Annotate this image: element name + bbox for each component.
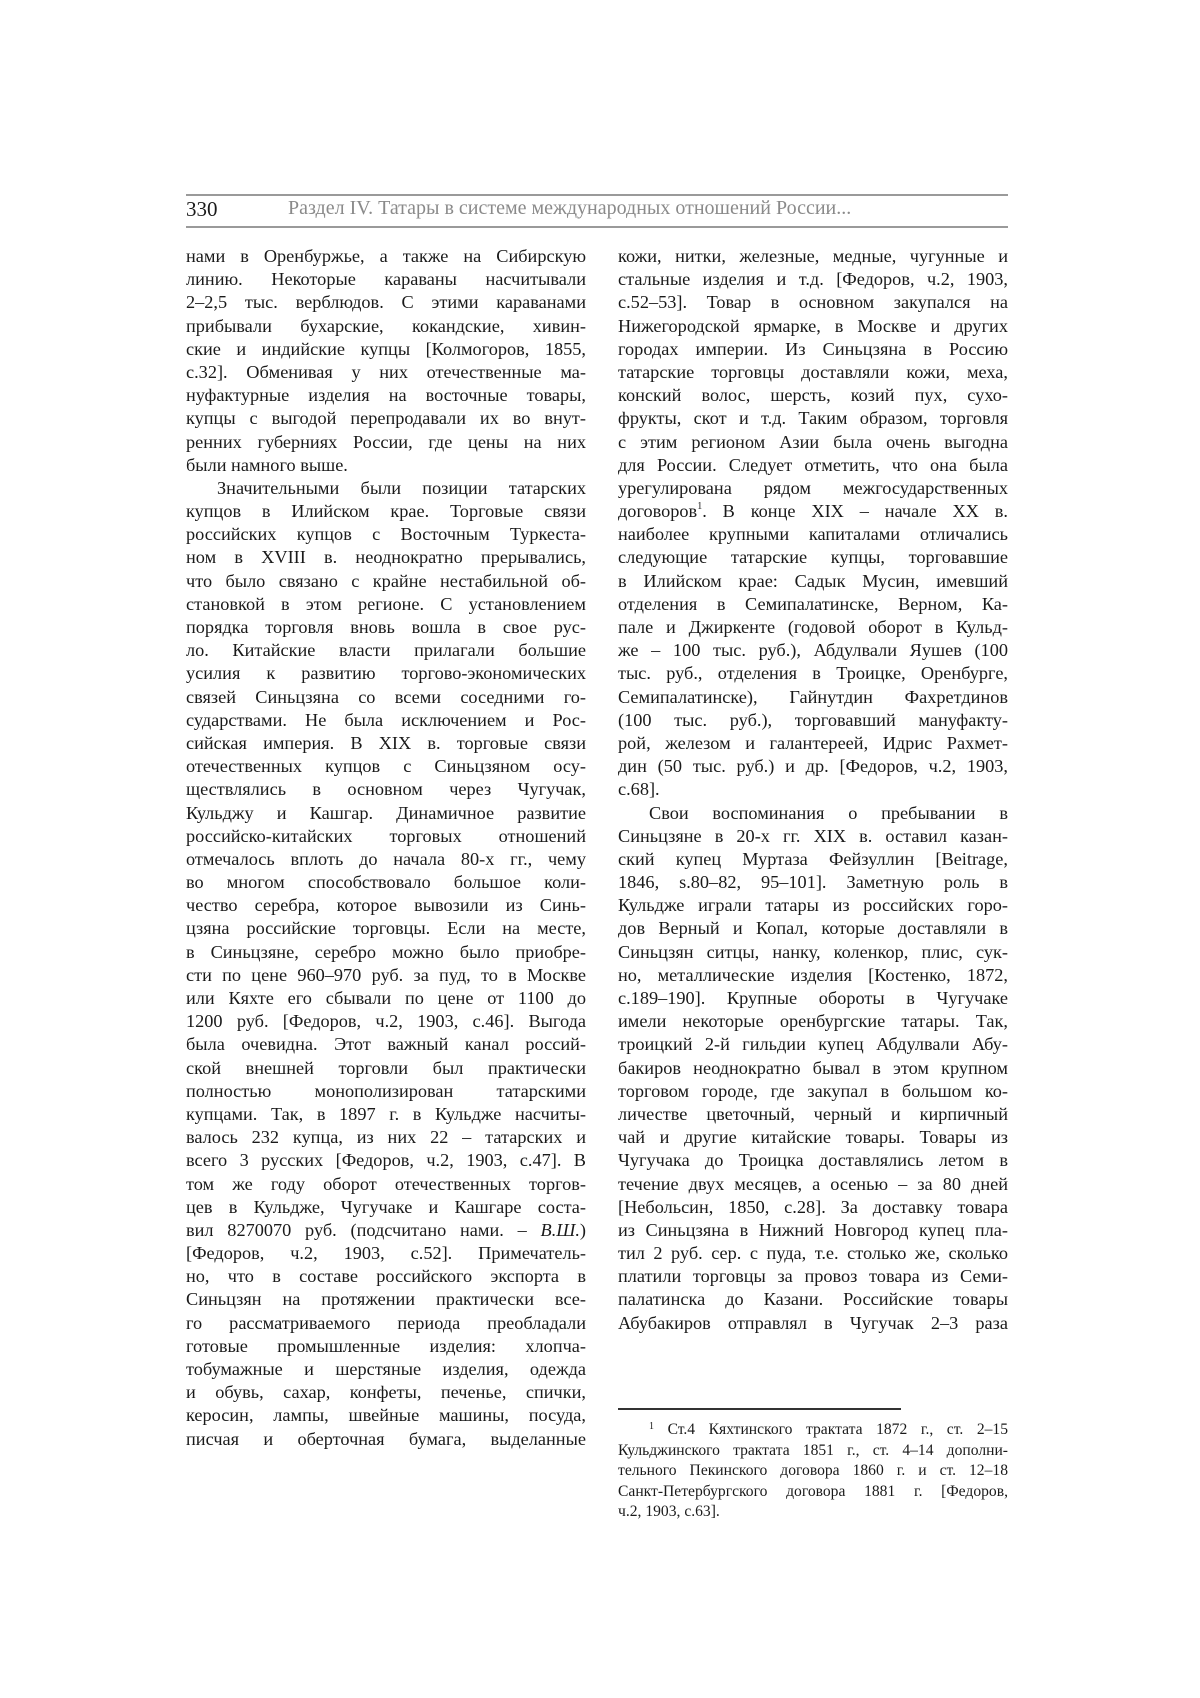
text-line: татарские торговцы доставляли кожи, меха… [618,361,1008,384]
text-line: российских купцов с Восточным Туркеста- [186,523,586,546]
text-line: Синьцзяне в 20-х гг. XIX в. оставил каза… [618,825,1008,848]
text-segment: договоров [618,501,697,521]
book-page: 330 Раздел IV. Татары в системе междунар… [0,0,1200,1698]
text-line: троицкий 2-й гильдии купец Абдулвали Абу… [618,1033,1008,1056]
text-line: наиболее крупными капиталами отличались [618,523,1008,546]
text-line: с этим регионом Азии была очень выгодна [618,431,1008,454]
text-line: Синьцзян ситцы, нанку, коленкор, плис, с… [618,941,1008,964]
text-line: купцов в Илийском крае. Торговые связи [186,500,586,523]
paragraph-start-line: Свои воспоминания о пребывании в [618,802,1008,825]
text-line: том же году оборот отечественных торгов- [186,1173,586,1196]
footnote-divider [618,1408,901,1410]
footnote-line: тельного Пекинского договора 1860 г. и с… [618,1461,1008,1482]
text-line-with-footnote-ref: договоров1. В конце XIX – начале XX в. [618,500,1008,523]
text-line: купцами. Так, в 1897 г. в Кульдже насчит… [186,1103,586,1126]
text-line: личестве цветочный, черный и кирпичный [618,1103,1008,1126]
running-title: Раздел IV. Татары в системе международны… [288,197,851,220]
text-line: цев в Кульдже, Чугучаке и Кашгаре соста- [186,1196,586,1219]
text-line: тил 2 руб. сер. с пуда, т.е. столько же,… [618,1242,1008,1265]
text-line: Кульдже играли татары из российских горо… [618,894,1008,917]
text-line: Абубакиров отправлял в Чугучак 2–3 раза [618,1312,1008,1335]
text-line: во многом способствовало большое коли- [186,871,586,894]
text-line: 1846, s.80–82, 95–101]. Заметную роль в [618,871,1008,894]
text-line: дов Верный и Копал, которые доставляли в [618,917,1008,940]
text-line: купцы с выгодой перепродавали их во внут… [186,407,586,430]
text-line: или Кяхте его сбывали по цене от 1100 до [186,987,586,1010]
text-line: в Синьцзяне, серебро можно было приобре- [186,941,586,964]
text-line: течение двух месяцев, а осенью – за 80 д… [618,1173,1008,1196]
text-line: порядка торговля вновь вошла в свое рус- [186,616,586,639]
text-line: 2–2,5 тыс. верблюдов. С этими караванами [186,291,586,314]
text-segment: вил 8270070 руб. (подсчитано нами. – [186,1220,541,1240]
text-line: [Небольсин, 1850, с.28]. За доставку тов… [618,1196,1008,1219]
paragraph-end-line: были намного выше. [186,454,586,477]
text-line: Нижегородской ярмарке, в Москве и других [618,315,1008,338]
paragraph-end-line: с.68]. [618,778,1008,801]
text-line: палатинска до Казани. Российские товары [618,1288,1008,1311]
text-line: отделения в Семипалатинске, Верном, Ка- [618,593,1008,616]
text-line: бакиров неоднократно бывал в этом крупно… [618,1057,1008,1080]
text-line: ской внешней торговли был практически [186,1057,586,1080]
page-number: 330 [186,197,218,222]
text-line: тобумажные и шерстяные изделия, одежда [186,1358,586,1381]
right-column: кожи, нитки, железные, медные, чугунные … [618,245,1008,1335]
text-line: валось 232 купца, из них 22 – татарских … [186,1126,586,1149]
text-line: что было связано с крайне нестабильной о… [186,570,586,593]
text-line: цзяна российские торговцы. Если на месте… [186,917,586,940]
footnote: 1 Ст.4 Кяхтинского трактата 1872 г., ст.… [618,1420,1008,1523]
text-line: прибывали бухарские, кокандские, хивин- [186,315,586,338]
text-line: ло. Китайские власти прилагали большие [186,639,586,662]
text-line: с.32]. Обменивая у них отечественные ма- [186,361,586,384]
text-line: же – 100 тыс. руб.), Абдулвали Яушев (10… [618,639,1008,662]
text-segment: ) [580,1220,586,1240]
running-header: 330 Раздел IV. Татары в системе междунар… [186,194,1008,228]
text-line: была очевидна. Этот важный канал россий- [186,1033,586,1056]
text-line: имели некоторые оренбургские татары. Так… [618,1010,1008,1033]
text-line: дин (50 тыс. руб.) и др. [Федоров, ч.2, … [618,755,1008,778]
text-line: рой, железом и галантереей, Идрис Рахмет… [618,732,1008,755]
text-line: платили торговцы за провоз товара из Сем… [618,1265,1008,1288]
text-line: го рассматриваемого периода преобладали [186,1312,586,1335]
author-initials: В.Ш. [541,1220,580,1240]
text-line: но, что в составе российского экспорта в [186,1265,586,1288]
text-line: линию. Некоторые караваны насчитывали [186,268,586,291]
text-line: ский купец Муртаза Фейзуллин [Beitrage, [618,848,1008,871]
text-line: Кульджу и Кашгар. Динамичное развитие [186,802,586,825]
text-line: ществлялись в основном через Чугучак, [186,778,586,801]
text-line: керосин, лампы, швейные машины, посуда, [186,1404,586,1427]
text-line: ренних губерниях России, где цены на них [186,431,586,454]
text-line: готовые промышленные изделия: хлопча- [186,1335,586,1358]
left-column: нами в Оренбуржье, а также на Сибирскую … [186,245,586,1451]
text-line: российско-китайских торговых отношений [186,825,586,848]
text-line: тыс. руб., отделения в Троицке, Оренбург… [618,662,1008,685]
text-line: [Федоров, ч.2, 1903, с.52]. Примечатель- [186,1242,586,1265]
text-line: стальные изделия и т.д. [Федоров, ч.2, 1… [618,268,1008,291]
text-line: нами в Оренбуржье, а также на Сибирскую [186,245,586,268]
text-line: всего 3 русских [Федоров, ч.2, 1903, с.4… [186,1149,586,1172]
text-line: чество серебра, которое вывозили из Синь… [186,894,586,917]
footnote-line: 1 Ст.4 Кяхтинского трактата 1872 г., ст.… [618,1420,1008,1441]
text-line-with-signature: вил 8270070 руб. (подсчитано нами. – В.Ш… [186,1219,586,1242]
footnote-line: ч.2, 1903, с.63]. [618,1502,1008,1523]
text-line: Чугучака до Троицка доставлялись летом в [618,1149,1008,1172]
text-line: кожи, нитки, железные, медные, чугунные … [618,245,1008,268]
text-line: писчая и оберточная бумага, выделанные [186,1428,586,1451]
text-line: полностью монополизирован татарскими [186,1080,586,1103]
text-line: Синьцзян на протяжении практически все- [186,1288,586,1311]
text-line: в Илийском крае: Садык Мусин, имевший [618,570,1008,593]
text-line: и обувь, сахар, конфеты, печенье, спички… [186,1381,586,1404]
text-line: урегулирована рядом межгосударственных [618,477,1008,500]
text-segment: Ст.4 Кяхтинского трактата 1872 г., ст. 2… [668,1421,1008,1438]
text-line: для России. Следует отметить, что она бы… [618,454,1008,477]
text-line: с.52–53]. Товар в основном закупался на [618,291,1008,314]
text-line: конский волос, шерсть, козий пух, сухо- [618,384,1008,407]
text-line: отмечалось вплоть до начала 80-х гг., че… [186,848,586,871]
text-line: с.189–190]. Крупные обороты в Чугучаке [618,987,1008,1010]
text-line: пале и Джиркенте (годовой оборот в Кульд… [618,616,1008,639]
footnote-line: Кульджинского трактата 1851 г., ст. 4–14… [618,1441,1008,1462]
text-line: городах империи. Из Синьцзяна в Россию [618,338,1008,361]
text-line: следующие татарские купцы, торговавшие [618,546,1008,569]
text-line: сийская империя. В XIX в. торговые связи [186,732,586,755]
text-line: (100 тыс. руб.), торговавший мануфакту- [618,709,1008,732]
text-segment: . В конце XIX – начале XX в. [702,501,1008,521]
text-line: из Синьцзяна в Нижний Новгород купец пла… [618,1219,1008,1242]
text-line: ские и индийские купцы [Колмогоров, 1855… [186,338,586,361]
text-line: Семипалатинске), Гайнутдин Фахретдинов [618,686,1008,709]
footnote-reference[interactable]: 1 [697,501,702,512]
text-line: отечественных купцов с Синьцзяном осу- [186,755,586,778]
paragraph-start-line: Значительными были позиции татарских [186,477,586,500]
footnote-marker: 1 [649,1421,654,1432]
text-line: сударствами. Не была исключением и Рос- [186,709,586,732]
text-line: сти по цене 960–970 руб. за пуд, то в Мо… [186,964,586,987]
footnote-line: Санкт-Петербургского договора 1881 г. [Ф… [618,1482,1008,1503]
text-line: ном в XVIII в. неоднократно прерывались, [186,546,586,569]
text-line: чай и другие китайские товары. Товары из [618,1126,1008,1149]
text-line: связей Синьцзяна со всеми соседними го- [186,686,586,709]
text-line: становкой в этом регионе. С установление… [186,593,586,616]
text-line: 1200 руб. [Федоров, ч.2, 1903, с.46]. Вы… [186,1010,586,1033]
text-line: фрукты, скот и т.д. Таким образом, торго… [618,407,1008,430]
text-line: торговом городе, где закупал в большом к… [618,1080,1008,1103]
text-line: но, металлические изделия [Костенко, 187… [618,964,1008,987]
text-line: нуфактурные изделия на восточные товары, [186,384,586,407]
text-line: усилия к развитию торгово-экономических [186,662,586,685]
